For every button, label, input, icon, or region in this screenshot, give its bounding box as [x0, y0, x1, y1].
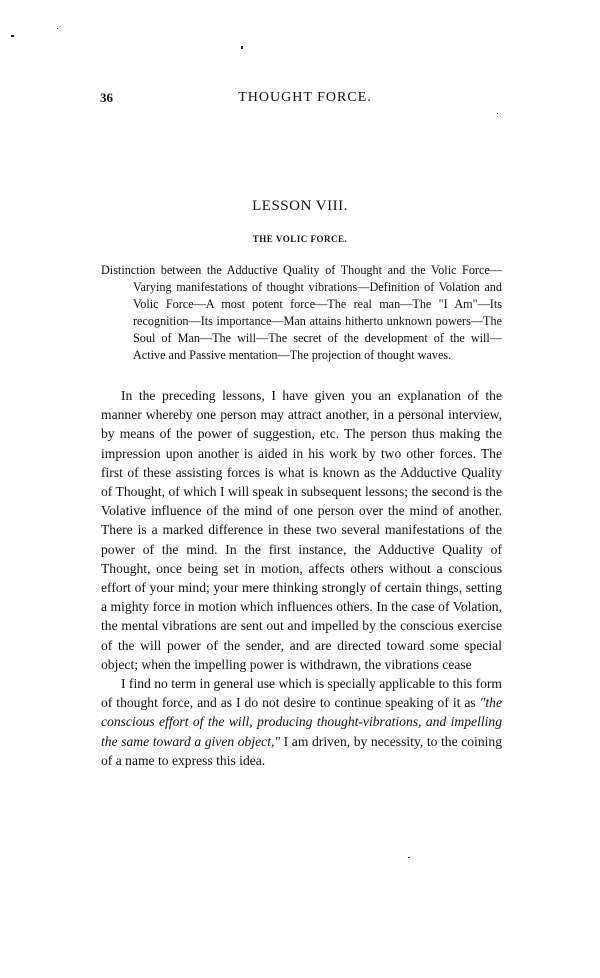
scan-speck — [57, 28, 58, 29]
lesson-subtitle: THE VOLIC FORCE. — [0, 234, 600, 244]
paragraph: I find no term in general use which is s… — [101, 674, 502, 770]
scan-speck — [497, 113, 498, 114]
lesson-title: LESSON VIII. — [0, 198, 600, 215]
book-page: 36 THOUGHT FORCE. LESSON VIII. THE VOLIC… — [0, 0, 600, 978]
body-text: In the preceding lessons, I have given y… — [101, 386, 502, 770]
scan-speck — [11, 35, 14, 37]
scan-speck — [408, 857, 410, 858]
lesson-synopsis: Distinction between the Adductive Qualit… — [101, 262, 502, 365]
running-head: 36 THOUGHT FORCE. — [100, 90, 510, 110]
paragraph-text: I find no term in general use which is s… — [101, 676, 502, 710]
running-title: THOUGHT FORCE. — [100, 90, 510, 106]
scan-speck — [241, 46, 243, 49]
paragraph: In the preceding lessons, I have given y… — [101, 386, 502, 674]
